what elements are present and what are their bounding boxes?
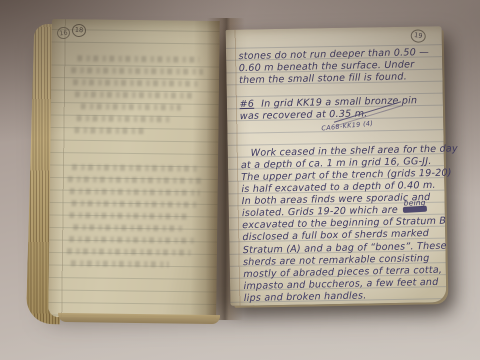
correction: being bbox=[398, 204, 427, 217]
bleed-through-line bbox=[72, 164, 200, 172]
bleed-through-line bbox=[68, 176, 202, 184]
bleed-through-line bbox=[77, 55, 199, 62]
bleed-through-line bbox=[71, 260, 169, 267]
bleed-through-line bbox=[77, 115, 173, 122]
inserted-word: being bbox=[404, 197, 426, 210]
bleed-through-line bbox=[73, 224, 183, 231]
bleed-through-line bbox=[71, 67, 203, 75]
bleed-through-line bbox=[67, 248, 191, 256]
bottom-page-edges bbox=[58, 313, 220, 324]
bleed-through-line bbox=[73, 79, 201, 87]
bleed-through-line bbox=[72, 200, 198, 208]
page-number-badge: 19 bbox=[410, 28, 427, 43]
entry-marker: #6 bbox=[239, 99, 254, 110]
left-page bbox=[48, 19, 220, 319]
bleed-through-line bbox=[70, 188, 200, 196]
notebook-photo: 19 stones do not run deeper than 0.50 — … bbox=[0, 0, 480, 360]
bleed-through-line bbox=[69, 236, 197, 244]
bleed-through-line bbox=[75, 91, 193, 98]
bleed-through-line bbox=[74, 127, 144, 134]
right-page: 19 stones do not run deeper than 0.50 — … bbox=[226, 26, 447, 306]
handwriting-block: stones do not run deeper than 0.50 — 0.6… bbox=[238, 47, 441, 305]
bleed-through-line bbox=[81, 103, 181, 110]
bleed-through-line bbox=[69, 212, 189, 219]
